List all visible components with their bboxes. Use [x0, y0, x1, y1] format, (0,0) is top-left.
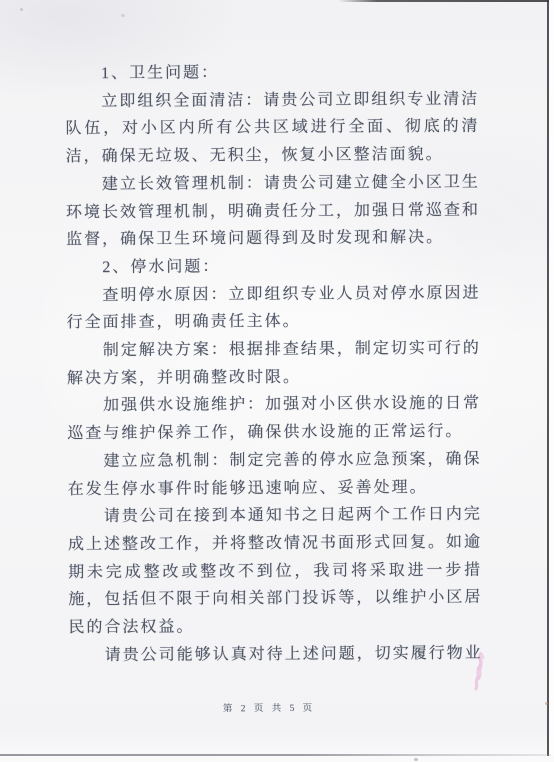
para-long-term-mechanism: 建立长效管理机制：请贵公司建立健全小区卫生环境长效管理机制，明确责任分工，加强日…: [66, 169, 480, 255]
heading-item-2-water-outage: 2、停水问题：: [66, 252, 480, 282]
scan-area-below-page: [0, 756, 554, 762]
scan-edge-right-margin: [549, 0, 554, 762]
document-body: 1、卫生问题： 立即组织全面清洁：请贵公司立即组织专业清洁队伍，对小区内所有公共…: [65, 58, 483, 670]
scan-edge-right-line: [547, 0, 549, 762]
page-number-footer: 第 2 页 共 5 页: [69, 699, 469, 715]
para-rectification-deadline: 请贵公司在接到本通知书之日起两个工作日内完成上述整改工作，并将整改情况书面形式回…: [68, 501, 483, 642]
para-closing: 请贵公司能够认真对待上述问题，切实履行物业: [69, 640, 483, 670]
scan-speck: [545, 702, 548, 705]
para-emergency-mechanism: 建立应急机制：制定完善的停水应急预案，确保在发生停水事件时能够迅速响应、妥善处理…: [67, 446, 481, 504]
pink-ink-smudge: [468, 650, 492, 694]
scanned-document-page: 1、卫生问题： 立即组织全面清洁：请贵公司立即组织专业清洁队伍，对小区内所有公共…: [0, 0, 554, 762]
para-immediate-cleaning: 立即组织全面清洁：请贵公司立即组织专业清洁队伍，对小区内所有公共区域进行全面、彻…: [65, 85, 479, 171]
paper-sheet: 1、卫生问题： 立即组织全面清洁：请贵公司立即组织专业清洁队伍，对小区内所有公共…: [0, 0, 554, 762]
scan-speck: [20, 8, 23, 11]
para-facility-maintenance: 加强供水设施维护：加强对小区供水设施的日常巡查与维护保养工作，确保供水设施的正常…: [67, 390, 481, 448]
para-identify-cause: 查明停水原因：立即组织专业人员对停水原因进行全面排查，明确责任主体。: [66, 279, 480, 337]
scan-speck: [414, 758, 418, 761]
heading-item-1-sanitation: 1、卫生问题：: [65, 58, 479, 88]
scan-edge-top-line: [338, 0, 554, 2]
scan-speck: [121, 14, 125, 17]
para-solution-plan: 制定解决方案：根据排查结果，制定切实可行的解决方案，并明确整改时限。: [67, 335, 481, 393]
